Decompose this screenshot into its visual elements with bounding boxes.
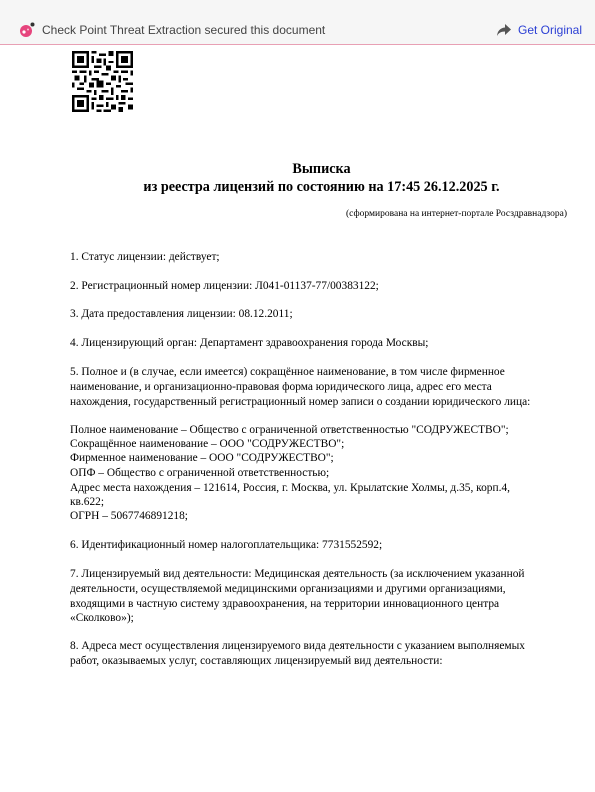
document-subtitle: из реестра лицензий по состоянию на 17:4… — [24, 179, 595, 196]
activity-line: входящими в частную систему здравоохране… — [70, 597, 499, 612]
document-title: Выписка — [24, 161, 595, 178]
activity-line: «Сколково»); — [70, 611, 134, 626]
share-arrow-icon[interactable] — [496, 23, 512, 37]
licensing-authority: 4. Лицензирующий орган: Департамент здра… — [70, 336, 428, 351]
qr-code-icon — [72, 51, 133, 112]
inn: 6. Идентификационный номер налогоплатель… — [70, 538, 382, 553]
brand-name: Фирменное наименование – ООО "СОДРУЖЕСТВ… — [70, 451, 334, 466]
banner-message: Check Point Threat Extraction secured th… — [42, 23, 325, 37]
name-heading-line: наименование, и организационно-правовая … — [70, 380, 492, 395]
addresses-heading-line: 8. Адреса мест осуществления лицензируем… — [70, 639, 525, 654]
address: Адрес места нахождения – 121614, Россия,… — [70, 481, 510, 496]
source-note: (сформирована на интернет-портале Росздр… — [346, 209, 567, 219]
ogrn: ОГРН – 5067746891218; — [70, 509, 188, 524]
activity-line: деятельности, осуществляемой медицинским… — [70, 582, 506, 597]
name-heading-line: нахождения, государственный регистрацион… — [70, 395, 530, 410]
get-original-link[interactable]: Get Original — [518, 23, 582, 37]
license-number: 2. Регистрационный номер лицензии: Л041-… — [70, 279, 379, 294]
name-heading-line: 5. Полное и (в случае, если имеется) сок… — [70, 365, 505, 380]
license-status: 1. Статус лицензии: действует; — [70, 250, 220, 265]
security-banner: Check Point Threat Extraction secured th… — [0, 0, 595, 45]
addresses-heading-line: работ, оказываемых услуг, составляющих л… — [70, 654, 443, 669]
license-date: 3. Дата предоставления лицензии: 08.12.2… — [70, 307, 293, 322]
legal-form: ОПФ – Общество с ограниченной ответствен… — [70, 466, 329, 481]
activity-line: 7. Лицензируемый вид деятельности: Медиц… — [70, 567, 525, 582]
checkpoint-logo-icon — [19, 22, 35, 38]
